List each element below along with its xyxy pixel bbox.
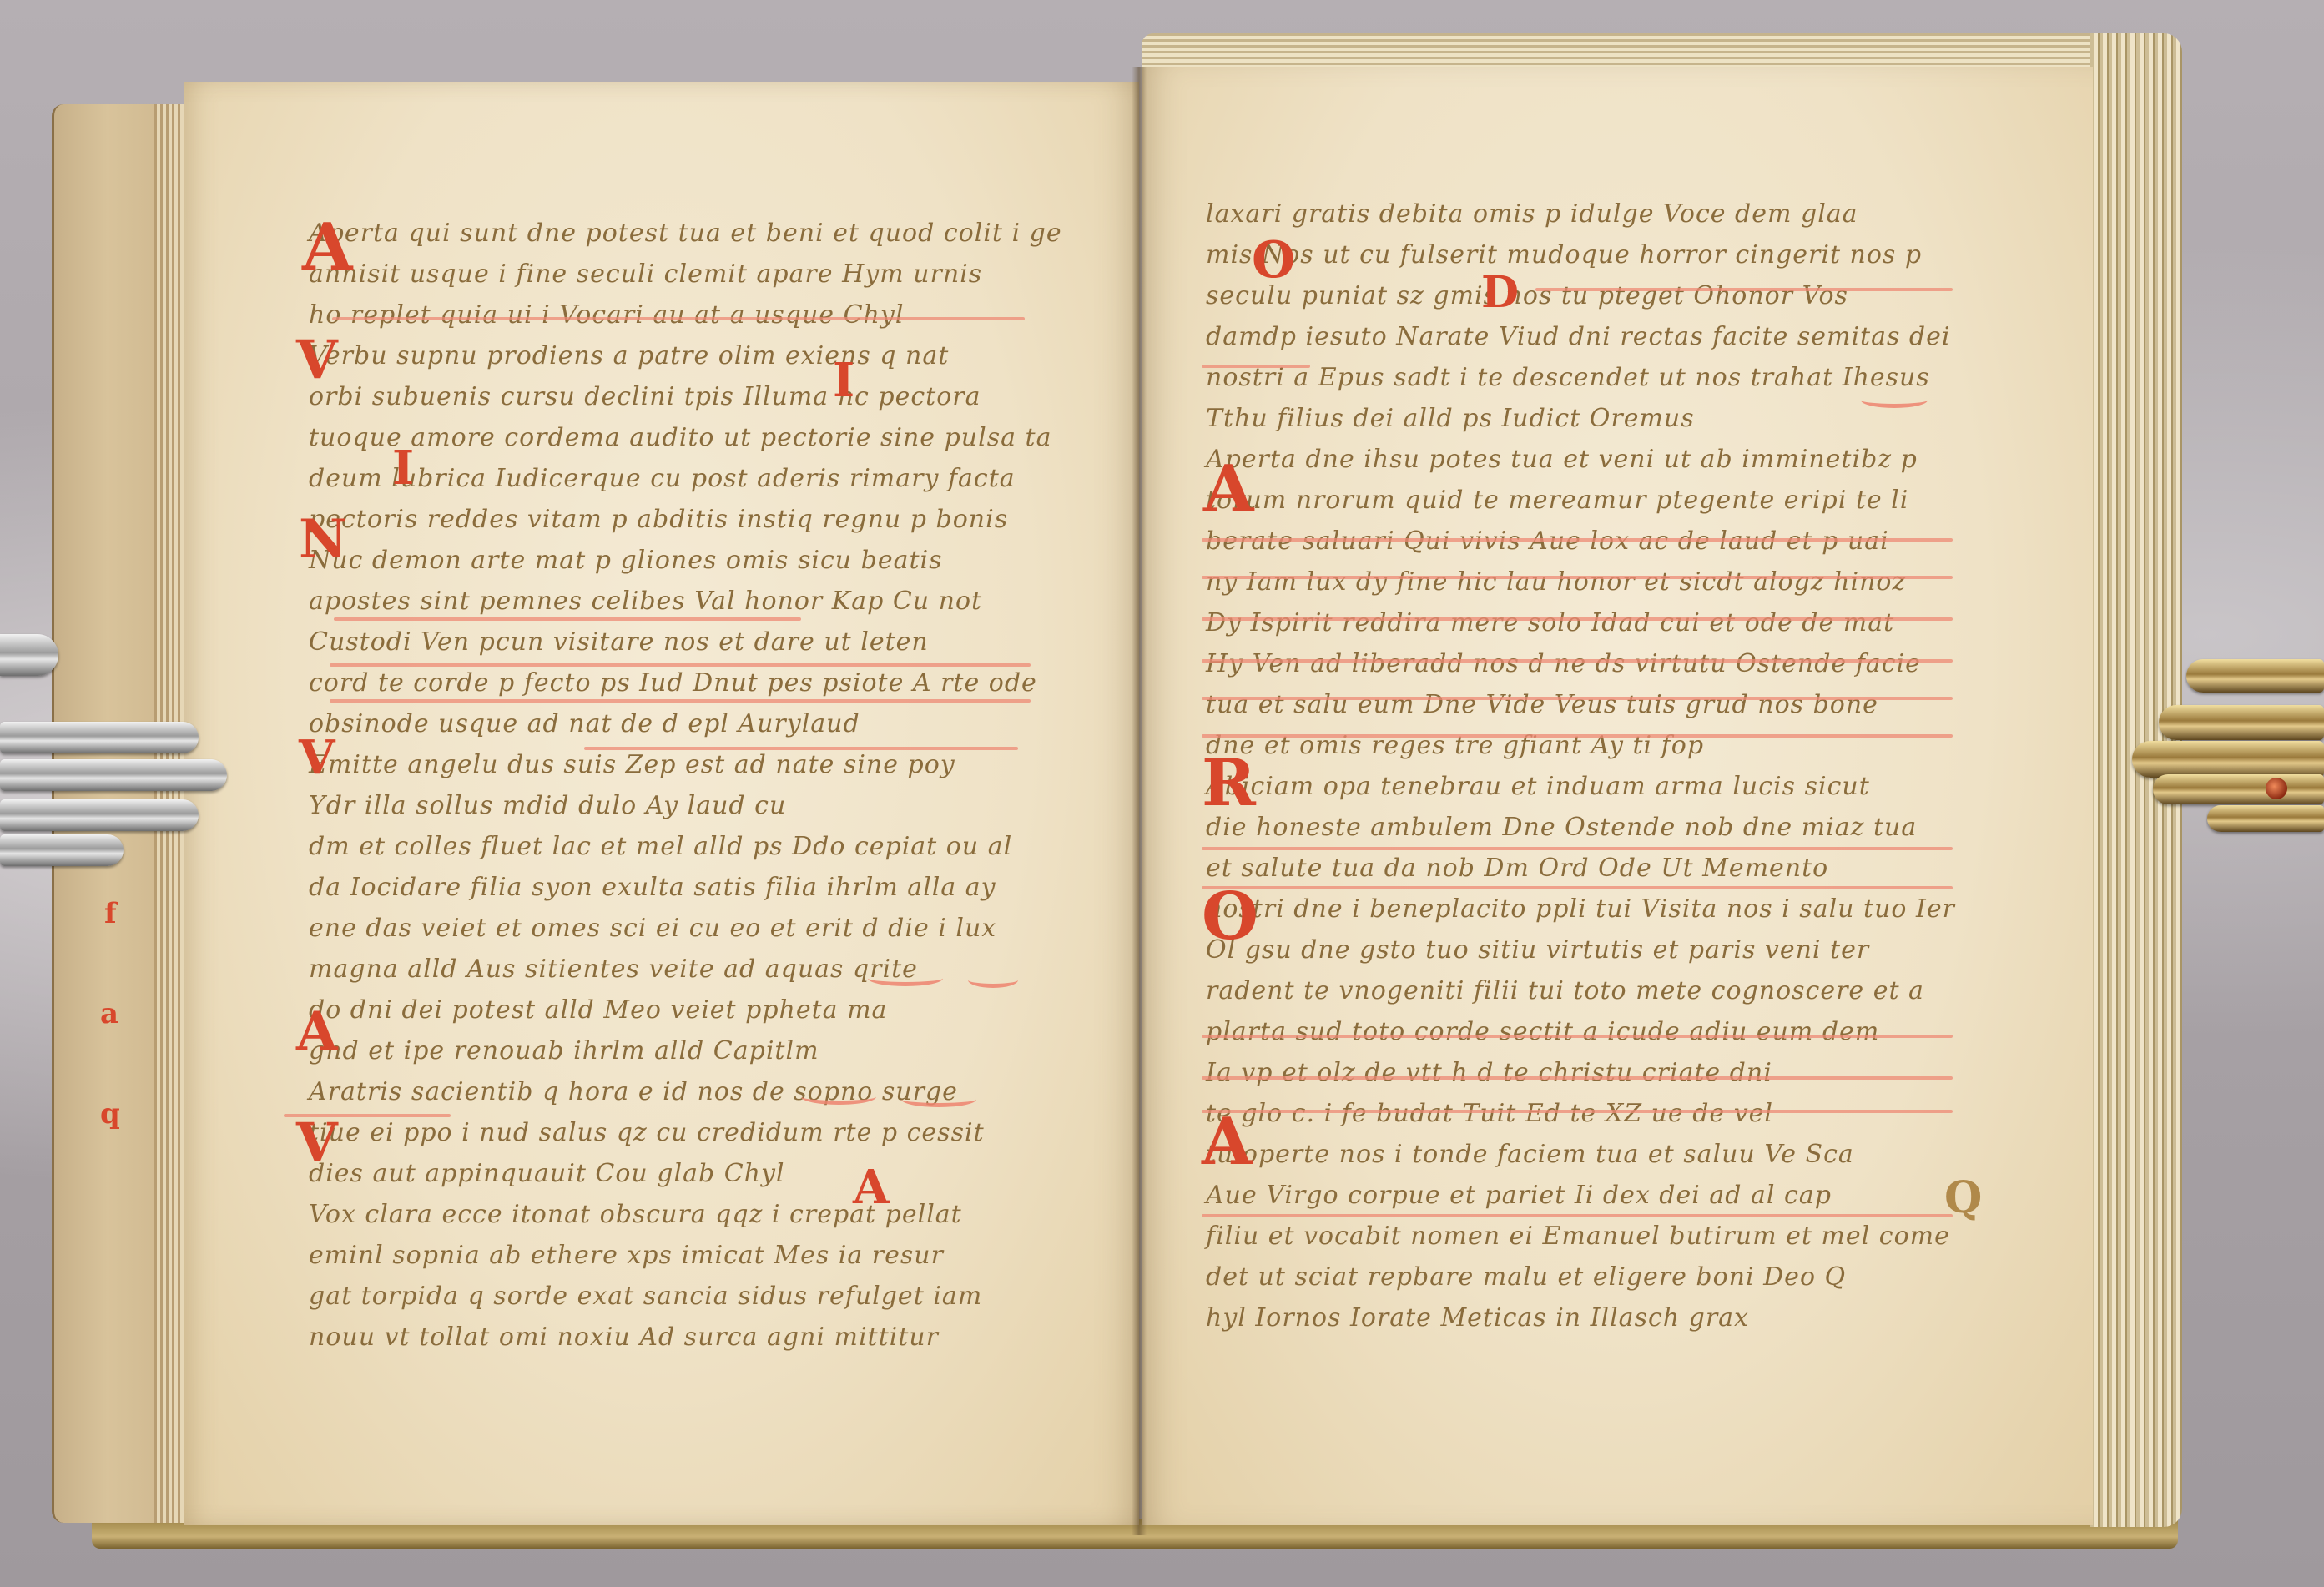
red-ruling (330, 663, 1031, 667)
text-line: Emitte angelu dus suis Zep est ad nate s… (309, 744, 1110, 785)
text-line: eminl sopnia ab ethere xps imicat Mes ia… (309, 1235, 1110, 1276)
line-filler-flourish (801, 1089, 876, 1105)
text-line: Abiciam opa tenebrau et induam arma luci… (1206, 766, 2049, 807)
rubricated-initial: V (299, 734, 335, 781)
red-ruling (332, 317, 1025, 320)
text-line: filiu et vocabit nomen ei Emanuel butiru… (1206, 1216, 2049, 1257)
red-ruling (1202, 697, 1953, 700)
red-ruling (1202, 1110, 1953, 1113)
red-ruling (1202, 734, 1953, 738)
text-line: Custodi Ven pcun visitare nos et dare ut… (309, 622, 1110, 663)
text-line: tua et salu eum Dne Vide Veus tuis grud … (1206, 684, 2049, 725)
rubricated-initial: D (1481, 271, 1519, 315)
text-line: tiue ei ppo i nud salus qz cu credidum r… (309, 1112, 1110, 1153)
text-line: damdp iesuto Narate Viud dni rectas faci… (1206, 316, 2049, 357)
text-line: torum nrorum quid te mereamur ptegente e… (1206, 480, 2049, 521)
text-line: seculu puniat sz gmis nos tu pteget Ohon… (1206, 275, 2049, 316)
text-line: Nuc demon arte mat p gliones omis sicu b… (309, 540, 1110, 581)
text-line: Ol gsu dne gsto tuo sitiu virtutis et pa… (1206, 930, 2049, 970)
red-ruling (1202, 1076, 1953, 1080)
line-filler-flourish (901, 1091, 976, 1107)
text-line: Vox clara ecce itonat obscura qqz i crep… (309, 1194, 1110, 1235)
rubricated-initial: A (853, 1164, 889, 1211)
text-line: die honeste ambulem Dne Ostende nob dne … (1206, 807, 2049, 848)
red-ruling (1202, 365, 1310, 368)
rubricated-initial: A (1202, 1110, 1253, 1175)
margin-rubric: f (104, 897, 117, 930)
text-line: Verbu supnu prodiens a patre olim exiens… (309, 335, 1110, 376)
text-line: Aue Virgo corpue et pariet Ii dex dei ad… (1206, 1175, 2049, 1216)
text-line: gnd et ipe renouab ihrlm alld Capitlm (309, 1030, 1110, 1071)
left-page-text: Aperta qui sunt dne potest tua et beni e… (309, 213, 1110, 1358)
text-line: et salute tua da nob Dm Ord Ode Ut Memen… (1206, 848, 2049, 889)
red-ruling (1202, 659, 1953, 663)
text-line: ene das veiet et omes sci ei cu eo et er… (309, 908, 1110, 949)
rubricated-initial: A (1203, 457, 1254, 522)
text-line: nouu vt tollat omi noxiu Ad surca agni m… (309, 1317, 1110, 1358)
text-line: Ia vp et olz de vtt h d te christu criat… (1206, 1052, 2049, 1093)
garnet-ring-gem (2266, 778, 2287, 799)
text-line: gat torpida q sorde exat sancia sidus re… (309, 1276, 1110, 1317)
text-line: laxari gratis debita omis p idulge Voce … (1206, 194, 2049, 234)
text-line: apostes sint pemnes celibes Val honor Ka… (309, 581, 1110, 622)
red-ruling (1202, 538, 1953, 542)
margin-rubric: a (100, 997, 118, 1030)
text-line: da Iocidare filia syon exulta satis fili… (309, 867, 1110, 908)
book-gutter (1132, 67, 1147, 1535)
red-ruling (1202, 617, 1953, 621)
red-ruling (1202, 1214, 1953, 1217)
text-line: Aperta qui sunt dne potest tua et beni e… (309, 213, 1110, 254)
text-line: dne et omis reges tre gfiant Ay ti fop (1206, 725, 2049, 766)
text-line: orbi subuenis cursu declini tpis Illuma … (309, 376, 1110, 417)
rubricated-initial: A (296, 1005, 338, 1059)
text-line: det ut sciat repbare malu et eligere bon… (1206, 1257, 2049, 1297)
red-ruling (334, 617, 801, 621)
text-line: Hy Ven ad liberadd nos d ne ds virtutu O… (1206, 643, 2049, 684)
rubricated-initial: R (1202, 751, 1256, 816)
text-line: tuoque amore cordema audito ut pectorie … (309, 417, 1110, 458)
line-filler-flourish (968, 972, 1018, 988)
text-line: dies aut appinquauit Cou glab Chyl (309, 1153, 1110, 1194)
text-line: pectoris reddes vitam p abditis instiq r… (309, 499, 1110, 540)
red-ruling (1202, 886, 1953, 889)
text-line: te glo c. i fe budat Tuit Ed te XZ ue de… (1206, 1093, 2049, 1134)
text-line: Dy Ispirit reddira mere solo Idad cui et… (1206, 602, 2049, 643)
red-ruling (1202, 1035, 1953, 1038)
red-ruling (584, 747, 1018, 750)
text-line: Aratris sacientib q hora e id nos de sop… (309, 1071, 1110, 1112)
red-ruling (1535, 288, 1953, 291)
text-line: cord te corde p fecto ps Iud Dnut pes ps… (309, 663, 1110, 703)
text-line: dm et colles fluet lac et mel alld ps Dd… (309, 826, 1110, 867)
red-ruling (284, 1114, 451, 1117)
right-page-text: laxari gratis debita omis p idulge Voce … (1206, 194, 2049, 1338)
rubricated-initial: N (299, 513, 348, 567)
text-line: tu operte nos i tonde faciem tua et salu… (1206, 1134, 2049, 1175)
silver-hand-clamp (0, 634, 234, 859)
text-line: Ydr illa sollus mdid dulo Ay laud cu (309, 785, 1110, 826)
text-line: do dni dei potest alld Meo veiet ppheta … (309, 990, 1110, 1030)
gold-hand-clamp (2107, 642, 2324, 834)
red-ruling (330, 699, 1031, 703)
line-filler-flourish (868, 970, 943, 986)
text-line: radent te vnogeniti filii tui toto mete … (1206, 970, 2049, 1011)
red-ruling (1202, 847, 1953, 850)
text-line: hyl Iornos Iorate Meticas in Illasch gra… (1206, 1297, 2049, 1338)
text-line: deum lubrica Iudicerque cu post aderis r… (309, 458, 1110, 499)
text-line: ny Iam lux dy fine hic lau honor et sicd… (1206, 562, 2049, 602)
text-line: nostri dne i beneplacito ppli tui Visita… (1206, 889, 2049, 930)
top-page-edges (1142, 33, 2135, 68)
text-line: annisit usque i fine seculi clemit apare… (309, 254, 1110, 295)
text-line: mis Nos ut cu fulserit mudoque horror ci… (1206, 234, 2049, 275)
text-line: plarta sud toto corde sectit a icude adi… (1206, 1011, 2049, 1052)
margin-rubric: q (100, 1097, 120, 1131)
rubricated-initial: O (1252, 235, 1295, 285)
text-line: Aperta dne ihsu potes tua et veni ut ab … (1206, 439, 2049, 480)
rubricated-initial: I (833, 357, 854, 404)
text-line: ho replet quia ui i Vocari au at a usque… (309, 295, 1110, 335)
rubricated-initial: V (296, 1116, 338, 1170)
rubricated-initial: I (392, 445, 414, 491)
line-filler-flourish (1861, 392, 1928, 408)
rubricated-initial: O (1202, 884, 1258, 950)
red-ruling (1202, 576, 1953, 579)
rubricated-initial: V (296, 334, 338, 387)
text-line: obsinode usque ad nat de d epl Aurylaud (309, 703, 1110, 744)
rubricated-initial: A (302, 215, 353, 280)
